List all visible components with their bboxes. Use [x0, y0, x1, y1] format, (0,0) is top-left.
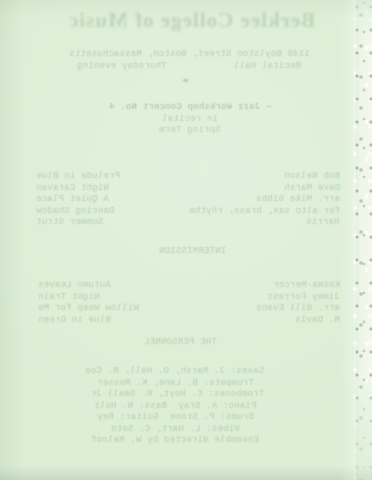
- program-line: Dave Marsh: [284, 183, 340, 195]
- program-line: Kosma-Mercer: [273, 280, 340, 292]
- personnel-line: Saxes: J. Marsh, D. Hall, R. Coe: [85, 366, 264, 378]
- program-line: Dancing Shadow: [36, 206, 114, 218]
- address-block: 1140 Boylston Street, Boston, Massachuse…: [3, 49, 372, 72]
- torn-binding-edge: [352, 0, 372, 480]
- program-line: Prelude in Blue: [36, 171, 120, 183]
- intermission-label: INTERMISSION: [159, 246, 226, 258]
- heading-block: — Jazz Workshop Concert No. 4 in recital…: [4, 102, 372, 137]
- program-bottom-right-column: Kosma-Mercer Jimmy Forrest arr. Bill Eva…: [190, 280, 340, 326]
- heading-line-1: — Jazz Workshop Concert No. 4: [109, 102, 271, 114]
- personnel-line: Trumpets: B. Lane, K. Mosser: [97, 378, 254, 390]
- ink-spot: [182, 78, 189, 83]
- masthead-title: Berklee College of Music: [68, 8, 315, 33]
- address-line-1: 1140 Boylston Street, Boston, Massachuse…: [69, 49, 310, 61]
- program-line: Summer Strut: [36, 217, 103, 229]
- program-line: for alto sax, brass, rhythm: [189, 206, 340, 218]
- personnel-line: Piano: A. Gray Bass: N. Holt: [94, 401, 256, 413]
- program-line: arr. Bill Evans: [256, 303, 340, 315]
- intermission-block: INTERMISSION: [7, 246, 372, 258]
- program-line: M. Davis: [295, 315, 340, 327]
- heading-line-3: Spring Term: [159, 125, 221, 137]
- program-line: Night Train: [38, 292, 100, 304]
- program-line: Willow Weep for Me: [38, 303, 139, 315]
- program-line: A Quiet Place: [36, 194, 109, 206]
- program-line: Harris: [306, 217, 340, 229]
- personnel-header-label: THE PERSONNEL: [144, 337, 217, 349]
- program-line: Blue in Green: [38, 315, 111, 327]
- program-line: arr. Mike Gibbs: [256, 194, 340, 206]
- program-line: Autumn Leaves: [38, 280, 111, 292]
- program-line: Jimmy Forrest: [267, 292, 340, 304]
- personnel-line: Drums: P. Stone Guitar: Rey: [97, 412, 254, 424]
- heading-line-2: in recital: [162, 114, 218, 126]
- personnel-line: Vibes: L. Hart, C. Soto: [111, 424, 240, 436]
- program-line: Bob Nelson: [284, 171, 340, 183]
- masthead-bleedthrough: Berklee College of Music: [6, 8, 372, 33]
- personnel-header: THE PERSONNEL: [0, 337, 366, 349]
- program-bottom-left-column: Autumn Leaves Night Train Willow Weep fo…: [38, 280, 198, 326]
- program-top-left-column: Prelude in Blue Night Caravan A Quiet Pl…: [36, 171, 186, 229]
- personnel-line: Ensemble directed by W. Maloof: [91, 435, 259, 447]
- scanned-page-back: Berklee College of Music 1140 Boylston S…: [0, 0, 372, 480]
- program-top-right-column: Bob Nelson Dave Marsh arr. Mike Gibbs fo…: [170, 171, 340, 229]
- address-line-2: Recital Hall Thursday evening: [77, 61, 301, 73]
- personnel-list: Saxes: J. Marsh, D. Hall, R. Coe Trumpet…: [0, 366, 361, 447]
- program-line: Night Caravan: [36, 183, 109, 195]
- personnel-line: Trombones: C. Hoyt, R. Small Jr.: [85, 389, 264, 401]
